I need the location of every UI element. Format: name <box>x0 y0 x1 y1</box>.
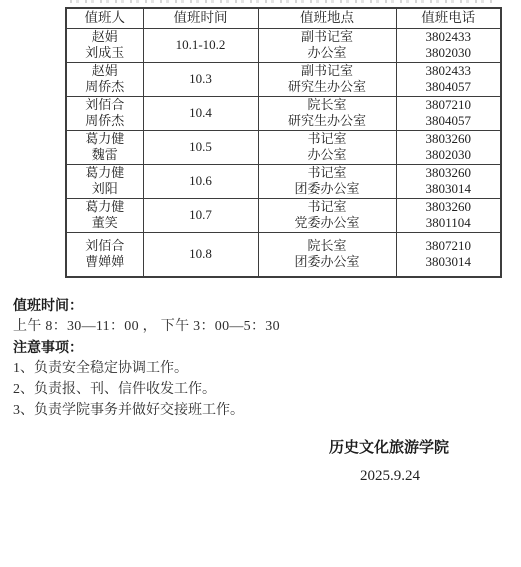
header-duty-person: 值班人 <box>66 8 143 28</box>
header-duty-phone: 值班电话 <box>396 8 501 28</box>
phone-cell: 38072103804057 <box>396 96 501 130</box>
signature-date: 2025.9.24 <box>360 468 420 485</box>
document-page: 值班人 值班时间 值班地点 值班电话 赵娟刘成玉10.1-10.2副书记室办公室… <box>0 0 521 567</box>
table-row: 葛力健刘阳10.6书记室团委办公室38032603803014 <box>66 164 501 198</box>
table-row: 葛力健董笑10.7书记室党委办公室38032603801104 <box>66 198 501 232</box>
time-cell: 10.7 <box>143 198 258 232</box>
duty-schedule-table: 值班人 值班时间 值班地点 值班电话 赵娟刘成玉10.1-10.2副书记室办公室… <box>65 7 502 278</box>
time-cell: 10.1-10.2 <box>143 28 258 62</box>
table-row: 葛力健魏雷10.5书记室办公室38032603802030 <box>66 130 501 164</box>
phone-cell: 38024333802030 <box>396 28 501 62</box>
location-cell: 书记室团委办公室 <box>258 164 396 198</box>
location-cell: 书记室党委办公室 <box>258 198 396 232</box>
phone-cell: 38032603802030 <box>396 130 501 164</box>
person-cell: 赵娟刘成玉 <box>66 28 143 62</box>
note-item-3: 3、负责学院事务并做好交接班工作。 <box>13 400 493 421</box>
phone-cell: 38032603801104 <box>396 198 501 232</box>
time-cell: 10.6 <box>143 164 258 198</box>
attention-heading: 注意事项： <box>13 337 493 358</box>
note-item-2: 2、负责报、刊、信件收发工作。 <box>13 379 493 400</box>
location-cell: 书记室办公室 <box>258 130 396 164</box>
phone-cell: 38072103803014 <box>396 232 501 277</box>
duty-time-heading: 值班时间： <box>13 295 493 316</box>
person-cell: 葛力健董笑 <box>66 198 143 232</box>
duty-time-detail: 上午 8：30—11：00 ， 下午 3：00—5：30 <box>13 316 493 337</box>
table-row: 赵娟周侨杰10.3副书记室研究生办公室38024333804057 <box>66 62 501 96</box>
person-cell: 赵娟周侨杰 <box>66 62 143 96</box>
person-cell: 葛力健魏雷 <box>66 130 143 164</box>
table-row: 赵娟刘成玉10.1-10.2副书记室办公室38024333802030 <box>66 28 501 62</box>
location-cell: 院长室研究生办公室 <box>258 96 396 130</box>
time-cell: 10.8 <box>143 232 258 277</box>
location-cell: 副书记室研究生办公室 <box>258 62 396 96</box>
phone-cell: 38024333804057 <box>396 62 501 96</box>
phone-cell: 38032603803014 <box>396 164 501 198</box>
table-header-row: 值班人 值班时间 值班地点 值班电话 <box>66 8 501 28</box>
person-cell: 刘佰合周侨杰 <box>66 96 143 130</box>
header-duty-time: 值班时间 <box>143 8 258 28</box>
note-item-1: 1、负责安全稳定协调工作。 <box>13 358 493 379</box>
table-row: 刘佰合周侨杰10.4院长室研究生办公室38072103804057 <box>66 96 501 130</box>
person-cell: 刘佰合曹婵婵 <box>66 232 143 277</box>
notes-section: 值班时间： 上午 8：30—11：00 ， 下午 3：00—5：30 注意事项：… <box>13 295 493 421</box>
time-cell: 10.4 <box>143 96 258 130</box>
signature-department: 历史文化旅游学院 <box>329 436 449 457</box>
time-cell: 10.3 <box>143 62 258 96</box>
location-cell: 院长室团委办公室 <box>258 232 396 277</box>
person-cell: 葛力健刘阳 <box>66 164 143 198</box>
location-cell: 副书记室办公室 <box>258 28 396 62</box>
header-duty-location: 值班地点 <box>258 8 396 28</box>
cropped-text-remnant <box>70 0 496 3</box>
table-row: 刘佰合曹婵婵10.8院长室团委办公室38072103803014 <box>66 232 501 277</box>
time-cell: 10.5 <box>143 130 258 164</box>
